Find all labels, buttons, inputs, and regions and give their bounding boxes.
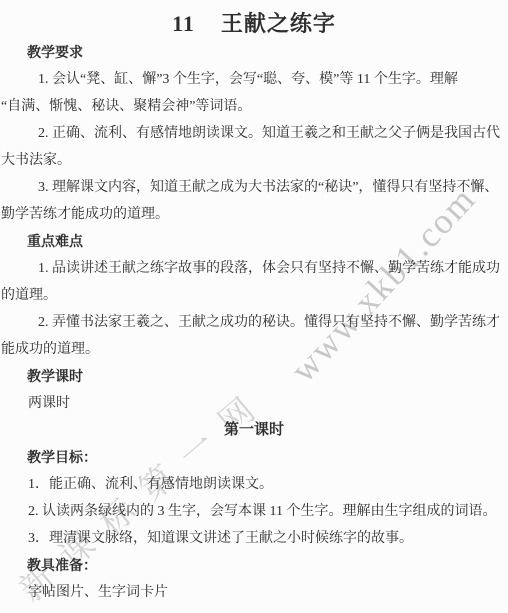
section-heading: 教学课时 [0,363,508,390]
lesson-name: 王献之练字 [221,11,336,36]
body-line: 1．能正确、流利、有感情地朗读课文。 [0,471,508,498]
paragraph-first-line: 2. 正确、流利、有感情地朗读课文。知道王羲之和王献之父子俩是我国古代 [0,120,508,147]
lesson-plan-document: 11王献之练字 教学要求1. 会认“凳、缸、懈”3 个生字，会写“聪、夸、模”等… [0,0,508,606]
section-heading: 重点难点 [0,228,508,255]
section-heading: 教学目标： [0,444,508,471]
paragraph-wrap-line: 大书法家。 [0,147,508,174]
paragraph-first-line: 1. 品读讲述王献之练字故事的段落，体会只有坚持不懈、勤学苦练才能成功 [0,255,508,282]
body-line: 字帖图片、生字词卡片 [0,579,508,606]
document-page: www.xkb1.com 新课标第一网 11王献之练字 教学要求1. 会认“凳、… [0,0,508,613]
body-line: 两课时 [0,390,508,417]
paragraph-wrap-line: 能成功的道理。 [0,336,508,363]
paragraph-wrap-line: “自满、惭愧、秘诀、聚精会神”等词语。 [0,93,508,120]
section-heading: 教学要求 [0,39,508,66]
subsection-title: 第一课时 [0,417,508,444]
lesson-title: 11王献之练字 [0,9,508,39]
document-body: 教学要求1. 会认“凳、缸、懈”3 个生字，会写“聪、夸、模”等 11 个生字。… [0,39,508,606]
paragraph-first-line: 3. 理解课文内容，知道王献之成为大书法家的“秘诀”，懂得只有坚持不懈、 [0,174,508,201]
lesson-number: 11 [172,11,195,36]
paragraph-first-line: 2. 弄懂书法家王羲之、王献之成功的秘诀。懂得只有坚持不懈、勤学苦练才 [0,309,508,336]
body-line: 3．理清课文脉络，知道课文讲述了王献之小时候练字的故事。 [0,525,508,552]
paragraph-first-line: 1. 会认“凳、缸、懈”3 个生字，会写“聪、夸、模”等 11 个生字。理解 [0,66,508,93]
section-heading: 教具准备： [0,552,508,579]
body-line: 2. 认读两条绿线内的 3 生字，会写本课 11 个生字。理解由生字组成的词语。 [0,498,508,525]
paragraph-wrap-line: 勤学苦练才能成功的道理。 [0,201,508,228]
paragraph-wrap-line: 的道理。 [0,282,508,309]
